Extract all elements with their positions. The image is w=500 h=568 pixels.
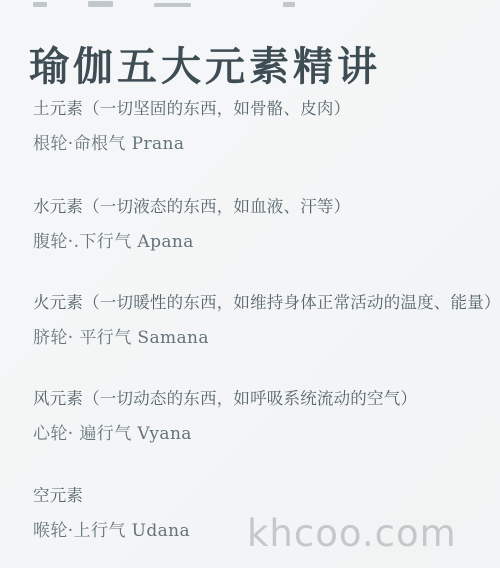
- section-fire-element: 火元素（一切暖性的东西，如维持身体正常活动的温度、能量） 脐轮· 平行气 Sam…: [33, 292, 490, 349]
- section-heading: 火元素（一切暖性的东西，如维持身体正常活动的温度、能量）: [33, 292, 490, 314]
- section-water-element: 水元素（一切液态的东西，如血液、汗等） 腹轮·.下行气 Apana: [33, 196, 490, 253]
- cropped-text-remnant: [88, 1, 113, 7]
- yoga-elements-slide: 瑜伽五大元素精讲 土元素（一切坚固的东西，如骨骼、皮肉） 根轮·命根气 Pran…: [0, 0, 500, 568]
- section-subtext: 心轮· 遍行气 Vyana: [33, 423, 490, 445]
- site-watermark: khcoo.com: [247, 512, 457, 555]
- cropped-text-remnant: [154, 3, 191, 7]
- section-earth-element: 土元素（一切坚固的东西，如骨骼、皮肉） 根轮·命根气 Prana: [33, 98, 490, 155]
- cropped-text-remnant: [283, 2, 295, 7]
- section-subtext: 脐轮· 平行气 Samana: [33, 327, 490, 349]
- section-heading: 土元素（一切坚固的东西，如骨骼、皮肉）: [33, 98, 490, 120]
- page-title: 瑜伽五大元素精讲: [29, 35, 381, 92]
- cropped-text-remnant: [33, 2, 47, 7]
- section-heading: 水元素（一切液态的东西，如血液、汗等）: [33, 196, 490, 218]
- section-subtext: 腹轮·.下行气 Apana: [33, 231, 490, 253]
- section-subtext: 根轮·命根气 Prana: [33, 133, 490, 155]
- section-heading: 空元素: [33, 485, 490, 507]
- section-wind-element: 风元素（一切动态的东西，如呼吸系统流动的空气） 心轮· 遍行气 Vyana: [33, 388, 490, 445]
- section-heading: 风元素（一切动态的东西，如呼吸系统流动的空气）: [33, 388, 490, 410]
